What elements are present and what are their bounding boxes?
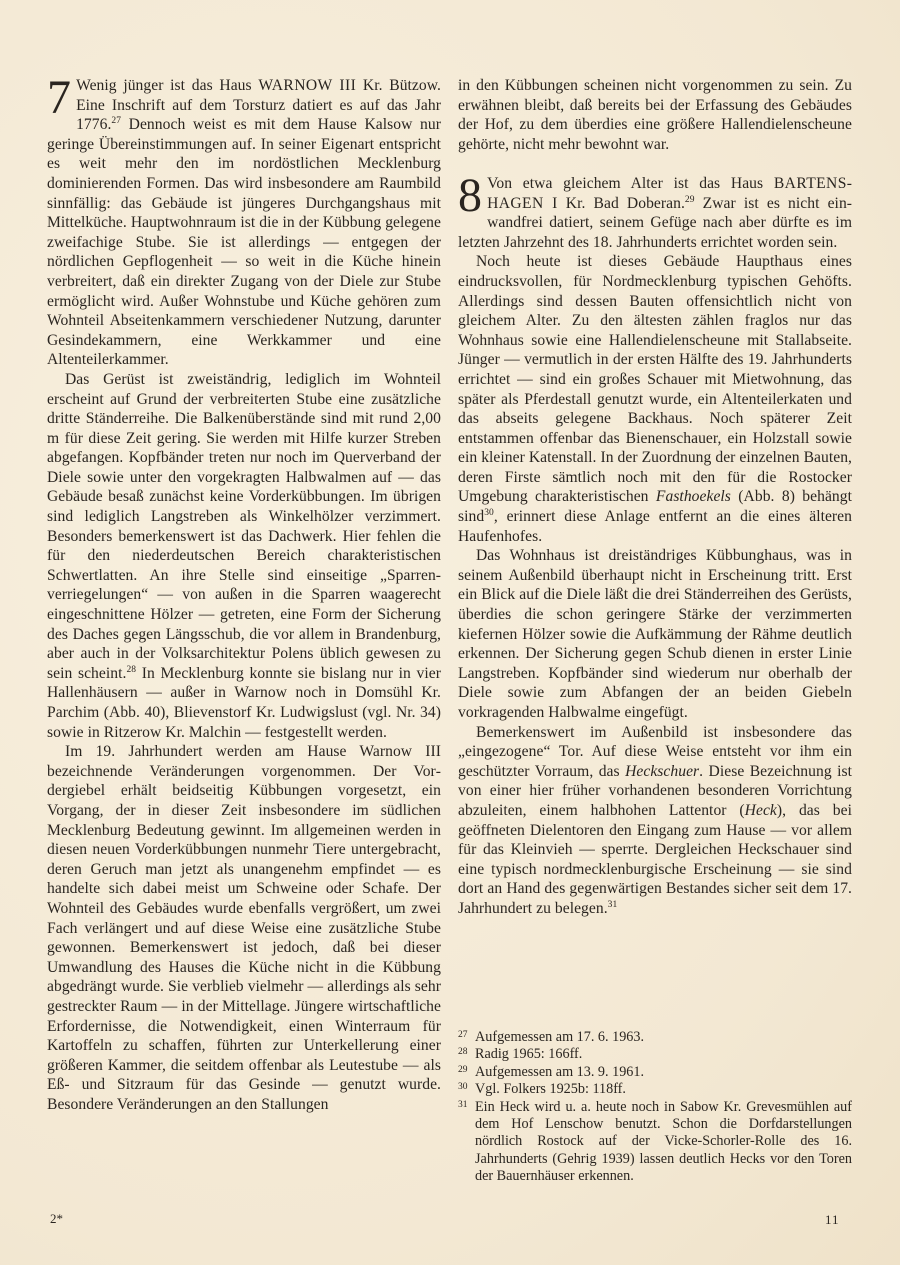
term-heck: Heck [745,802,777,819]
paragraph-19-jahrhundert: Im 19. Jahrhundert werden am Hause Warno… [47,742,441,1114]
dropcap-7: 7 [47,79,71,117]
footnote-ref-28[interactable]: 28 [126,665,136,675]
footnote-27: 27Aufgemessen am 17. 6. 1963. [458,1029,852,1046]
section-8-paragraph: 8Von etwa gleichem Alter ist das Haus BA… [458,174,852,252]
footnote-29: 29Aufgemessen am 13. 9. 1961. [458,1064,852,1081]
section-7-paragraph: 7Wenig jünger ist das Haus WARNOW III Kr… [47,76,441,370]
footnote-ref-30[interactable]: 30 [484,508,494,518]
paragraph-wohnhaus: Das Wohnhaus ist dreiständriges Kübbungh… [458,546,852,722]
paragraph-continuation: in den Kübbungen scheinen nicht vorgenom… [458,76,852,154]
footnote-ref-31[interactable]: 31 [608,900,618,910]
footnote-28: 28Radig 1965: 166ff. [458,1046,852,1063]
page-number: 11 [825,1212,840,1228]
term-heckschuer: Heckschuer [625,763,699,780]
term-fasthoekels: Fasthoekels [656,488,731,505]
paragraph-gehoeft: Noch heute ist dieses Gebäude Haupthaus … [458,252,852,546]
house-name-warnow: WARNOW III [258,77,356,94]
footnote-ref-29[interactable]: 29 [685,195,695,205]
signature-mark: 2* [50,1211,63,1227]
left-column: 7Wenig jünger ist das Haus WARNOW III Kr… [47,76,441,1114]
footnote-ref-27[interactable]: 27 [111,116,121,126]
paragraph-geruest: Das Gerüst ist zweiständrig, lediglich i… [47,370,441,742]
footnotes: 27Aufgemessen am 17. 6. 1963. 28Radig 19… [458,1029,852,1186]
footnote-31: 31Ein Heck wird u. a. heute noch in Sabo… [458,1099,852,1186]
footnote-30: 30Vgl. Folkers 1925b: 118ff. [458,1081,852,1098]
dropcap-8: 8 [458,177,482,215]
right-column: in den Kübbungen scheinen nicht vorgenom… [458,76,852,919]
paragraph-aussenbild: Bemerkenswert im Außenbild ist insbesond… [458,723,852,919]
